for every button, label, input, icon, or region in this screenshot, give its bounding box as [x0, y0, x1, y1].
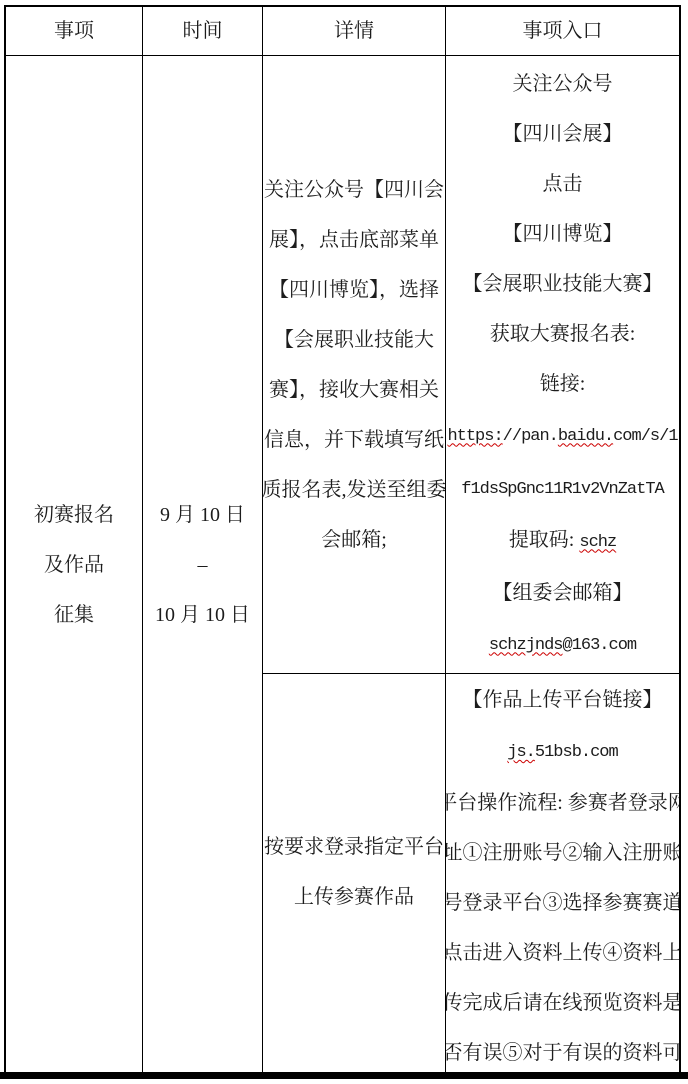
text-line: 链接: [540, 359, 586, 409]
text-line: 上传参赛作品 [294, 872, 414, 922]
text-segment: 址①注册账号②输入注册账 [446, 842, 679, 864]
text-line: 传完成后请在线预览资料是 [446, 978, 679, 1028]
text-segment: 9 月 10 日 [160, 504, 245, 526]
text-segment: – [198, 554, 208, 576]
header-label-entry: 事项入口 [523, 7, 603, 56]
text-segment: 质报名表,发送至组委 [263, 479, 446, 501]
misspelled-text-segment: js. [507, 743, 535, 762]
text-segment: 51bsb.com [535, 743, 618, 762]
text-segment: 【会展职业技能大赛】 [463, 273, 663, 295]
text-line: 会邮箱; [321, 515, 387, 565]
misspelled-text-segment: schzjnds [489, 636, 563, 655]
header-cell-detail: 详情 [263, 7, 446, 56]
header-cell-item: 事项 [6, 7, 143, 56]
text-segment: //pan. [503, 427, 558, 446]
text-segment: 链接: [540, 373, 586, 395]
text-line: schzjnds@163.com [489, 618, 636, 671]
header-cell-entry: 事项入口 [446, 7, 679, 56]
text-segment: 征集 [54, 604, 94, 626]
header-cell-time: 时间 [143, 7, 263, 56]
header-label-item: 事项 [54, 7, 94, 56]
detail-cell-row1: 关注公众号【四川会展】，点击底部菜单【四川博览】，选择【会展职业技能大赛】，接收… [263, 56, 446, 674]
text-line: 关注公众号 [513, 59, 613, 109]
text-line: js.51bsb.com [507, 725, 617, 778]
entry-cell-row1: 关注公众号【四川会展】点击【四川博览】【会展职业技能大赛】获取大赛报名表:链接:… [446, 56, 679, 674]
entry-cell-row2: 【作品上传平台链接】js.51bsb.com平台操作流程: 参赛者登录网址①注册… [446, 674, 679, 1074]
text-segment: 赛】，接收大赛相关 [269, 379, 439, 401]
misspelled-text-segment: schz [579, 533, 616, 552]
misspelled-text-segment: baidu. [558, 427, 613, 446]
text-segment: 信息，并下载填写纸 [264, 429, 444, 451]
time-cell: 9 月 10 日–10 月 10 日 [143, 56, 263, 1074]
text-line: 及作品 [44, 540, 104, 590]
text-segment: 关注公众号【四川会 [264, 179, 444, 201]
document-page: 事项 时间 详情 事项入口 初赛报名及作品征集 9 月 10 日–10 月 10… [0, 0, 688, 1084]
text-line: 【四川会展】 [503, 109, 623, 159]
text-segment: 关注公众号 [513, 73, 613, 95]
text-line: f1dsSpGnc11R1v2VnZatTA [461, 462, 663, 515]
text-line: 点击进入资料上传④资料上 [446, 928, 679, 978]
text-line: 9 月 10 日 [160, 490, 245, 540]
misspelled-text-segment: https: [447, 427, 502, 446]
text-segment: 上传参赛作品 [294, 886, 414, 908]
text-line: 提取码: schz [509, 515, 616, 568]
text-segment: 10 月 10 日 [155, 604, 250, 626]
text-line: 址①注册账号②输入注册账 [446, 828, 679, 878]
schedule-table: 事项 时间 详情 事项入口 初赛报名及作品征集 9 月 10 日–10 月 10… [4, 5, 681, 1076]
text-line: 10 月 10 日 [155, 590, 250, 640]
text-line: 【四川博览】 [503, 209, 623, 259]
text-segment: 会邮箱; [321, 529, 387, 551]
text-segment: 号登录平台③选择参赛赛道 [446, 892, 679, 914]
text-line: 否有误⑤对于有误的资料可 [446, 1028, 679, 1074]
text-segment: @163.com [563, 636, 637, 655]
text-segment: 展】，点击底部菜单 [269, 229, 439, 251]
text-line: 获取大赛报名表: [490, 309, 636, 359]
text-line: – [198, 540, 208, 590]
text-line: 【组委会邮箱】 [493, 568, 633, 618]
text-line: 【四川博览】，选择 [269, 265, 439, 315]
text-line: 展】，点击底部菜单 [269, 215, 439, 265]
text-segment: 【会展职业技能大 [274, 329, 434, 351]
text-segment: 【四川博览】，选择 [269, 279, 439, 301]
text-line: https://pan.baidu.com/s/1 [447, 409, 677, 462]
text-segment: 【四川会展】 [503, 123, 623, 145]
text-segment: f1dsSpGnc11R1v2VnZatTA [461, 480, 663, 499]
item-cell: 初赛报名及作品征集 [6, 56, 143, 1074]
text-line: 信息，并下载填写纸 [264, 415, 444, 465]
text-segment: 【作品上传平台链接】 [463, 689, 663, 711]
text-line: 按要求登录指定平台 [264, 822, 444, 872]
text-segment: 点击进入资料上传④资料上 [446, 942, 679, 964]
header-label-detail: 详情 [334, 7, 374, 56]
text-line: 关注公众号【四川会 [264, 165, 444, 215]
text-line: 【会展职业技能大 [274, 315, 434, 365]
text-line: 【会展职业技能大赛】 [463, 259, 663, 309]
text-line: 【作品上传平台链接】 [463, 675, 663, 725]
text-line: 点击 [543, 159, 583, 209]
text-line: 赛】，接收大赛相关 [269, 365, 439, 415]
text-segment: 【四川博览】 [503, 223, 623, 245]
text-segment: 传完成后请在线预览资料是 [446, 992, 679, 1014]
text-line: 初赛报名 [34, 490, 114, 540]
text-line: 平台操作流程: 参赛者登录网 [446, 778, 679, 828]
header-label-time: 时间 [183, 7, 223, 56]
text-segment: 按要求登录指定平台 [264, 836, 444, 858]
text-line: 质报名表,发送至组委 [263, 465, 446, 515]
text-line: 号登录平台③选择参赛赛道 [446, 878, 679, 928]
text-segment: com/s/1 [613, 427, 677, 446]
text-segment: 点击 [543, 173, 583, 195]
text-line: 征集 [54, 590, 94, 640]
text-segment: 及作品 [44, 554, 104, 576]
text-segment: 平台操作流程: 参赛者登录网 [446, 792, 679, 814]
text-segment: 获取大赛报名表: [490, 323, 636, 345]
detail-cell-row2: 按要求登录指定平台上传参赛作品 [263, 674, 446, 1074]
text-segment: 否有误⑤对于有误的资料可 [446, 1042, 679, 1064]
text-segment: 初赛报名 [34, 504, 114, 526]
table-bottom-border [0, 1072, 688, 1079]
text-segment: 提取码: [509, 529, 580, 551]
text-segment: 【组委会邮箱】 [493, 582, 633, 604]
